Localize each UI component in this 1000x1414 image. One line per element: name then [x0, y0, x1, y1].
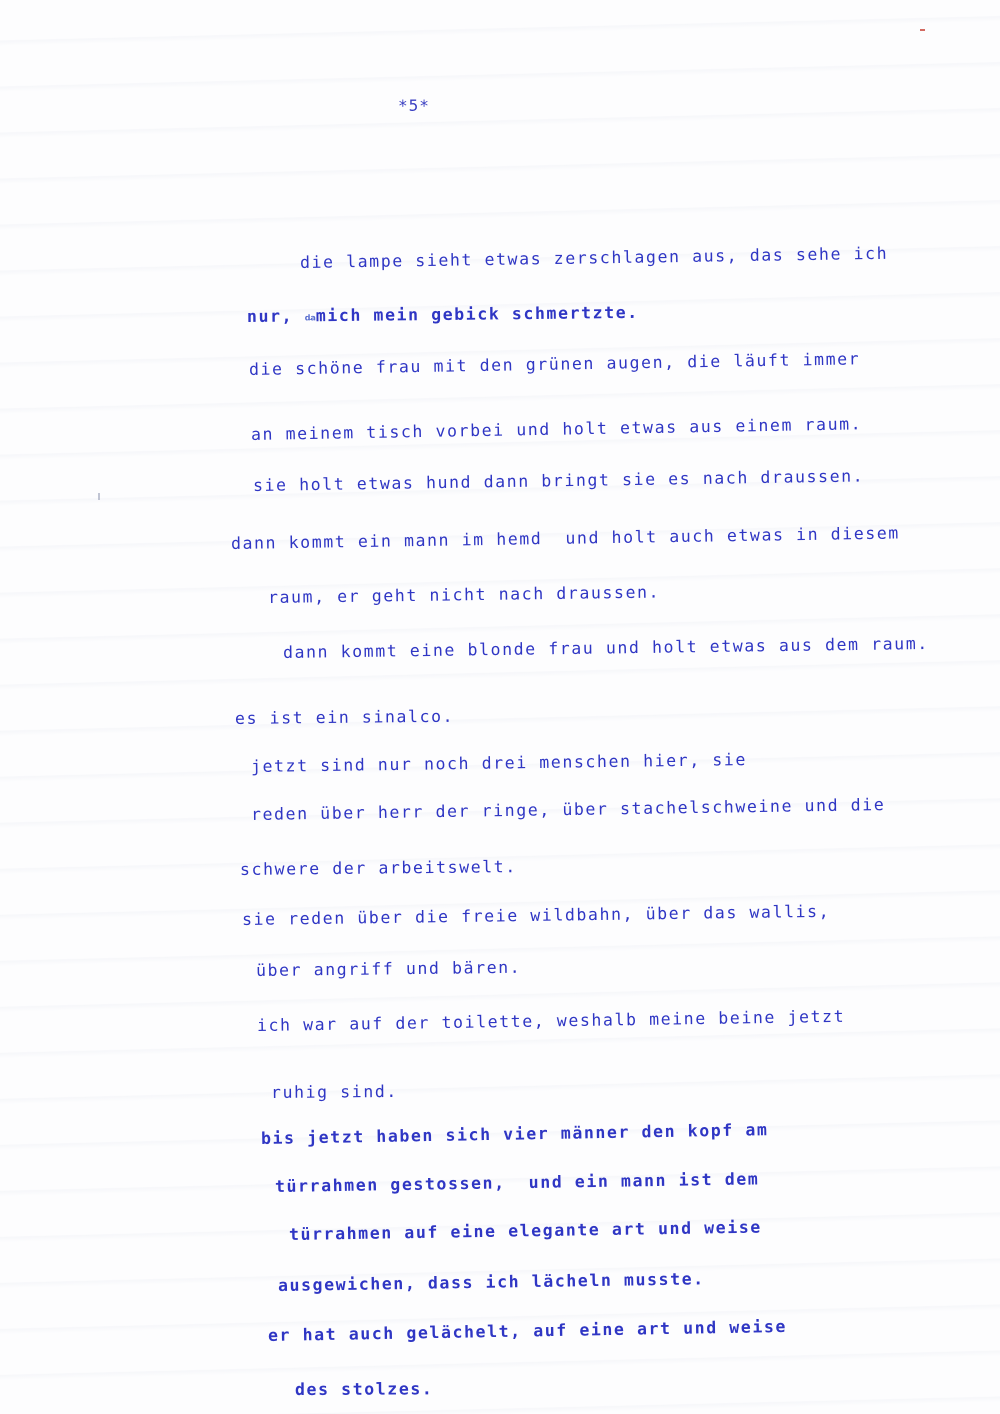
text-line-12: schwere der arbeitswelt. [240, 857, 517, 879]
text-line-2-end: mich mein gebick schmertzte. [316, 303, 639, 325]
margin-speck [98, 493, 100, 500]
text-line-16: ruhig sind. [271, 1082, 398, 1102]
page-number: *5* [398, 96, 430, 115]
text-line-4: an meinem tisch vorbei und holt etwas au… [251, 414, 863, 444]
red-ink-mark [920, 29, 925, 31]
text-line-17: bis jetzt haben sich vier männer den kop… [261, 1120, 769, 1148]
text-line-3: die schöne frau mit den grünen augen, di… [249, 349, 861, 379]
text-line-15: ich war auf der toilette, weshalb meine … [257, 1007, 845, 1035]
insertion-caret-icon: ˇ [309, 318, 314, 326]
text-line-2-start: nur, [247, 307, 293, 326]
text-line-21: er hat auch gelächelt, auf eine art und … [268, 1317, 787, 1345]
text-line-8: dann kommt eine blonde frau und holt etw… [283, 634, 929, 662]
text-line-11: reden über herr der ringe, über stachels… [251, 795, 886, 824]
text-line-13: sie reden über die freie wildbahn, über … [242, 902, 830, 929]
handwritten-insertion: daˇ [305, 306, 316, 325]
text-line-19: türrahmen auf eine elegante art und weis… [289, 1218, 762, 1244]
text-line-5: sie holt etwas hund dann bringt sie es n… [253, 466, 865, 495]
text-line-6: dann kommt ein mann im hemd und holt auc… [231, 523, 900, 553]
scanned-typewritten-page: *5* die lampe sieht etwas zerschlagen au… [0, 0, 1000, 1414]
text-line-9: es ist ein sinalco. [235, 707, 454, 728]
text-line-2: nur, daˇmich mein gebick schmertzte. [247, 303, 639, 326]
text-line-22: des stolzes. [295, 1379, 434, 1399]
text-line-14: über angriff und bären. [256, 958, 521, 980]
text-line-10: jetzt sind nur noch drei menschen hier, … [251, 750, 747, 776]
text-line-20: ausgewichen, dass ich lächeln musste. [278, 1269, 705, 1295]
text-line-18: türrahmen gestossen, und ein mann ist de… [275, 1169, 760, 1196]
text-line-1: die lampe sieht etwas zerschlagen aus, d… [300, 244, 888, 272]
paper-texture [0, 0, 1000, 1414]
text-line-7: raum, er geht nicht nach draussen. [268, 583, 660, 607]
